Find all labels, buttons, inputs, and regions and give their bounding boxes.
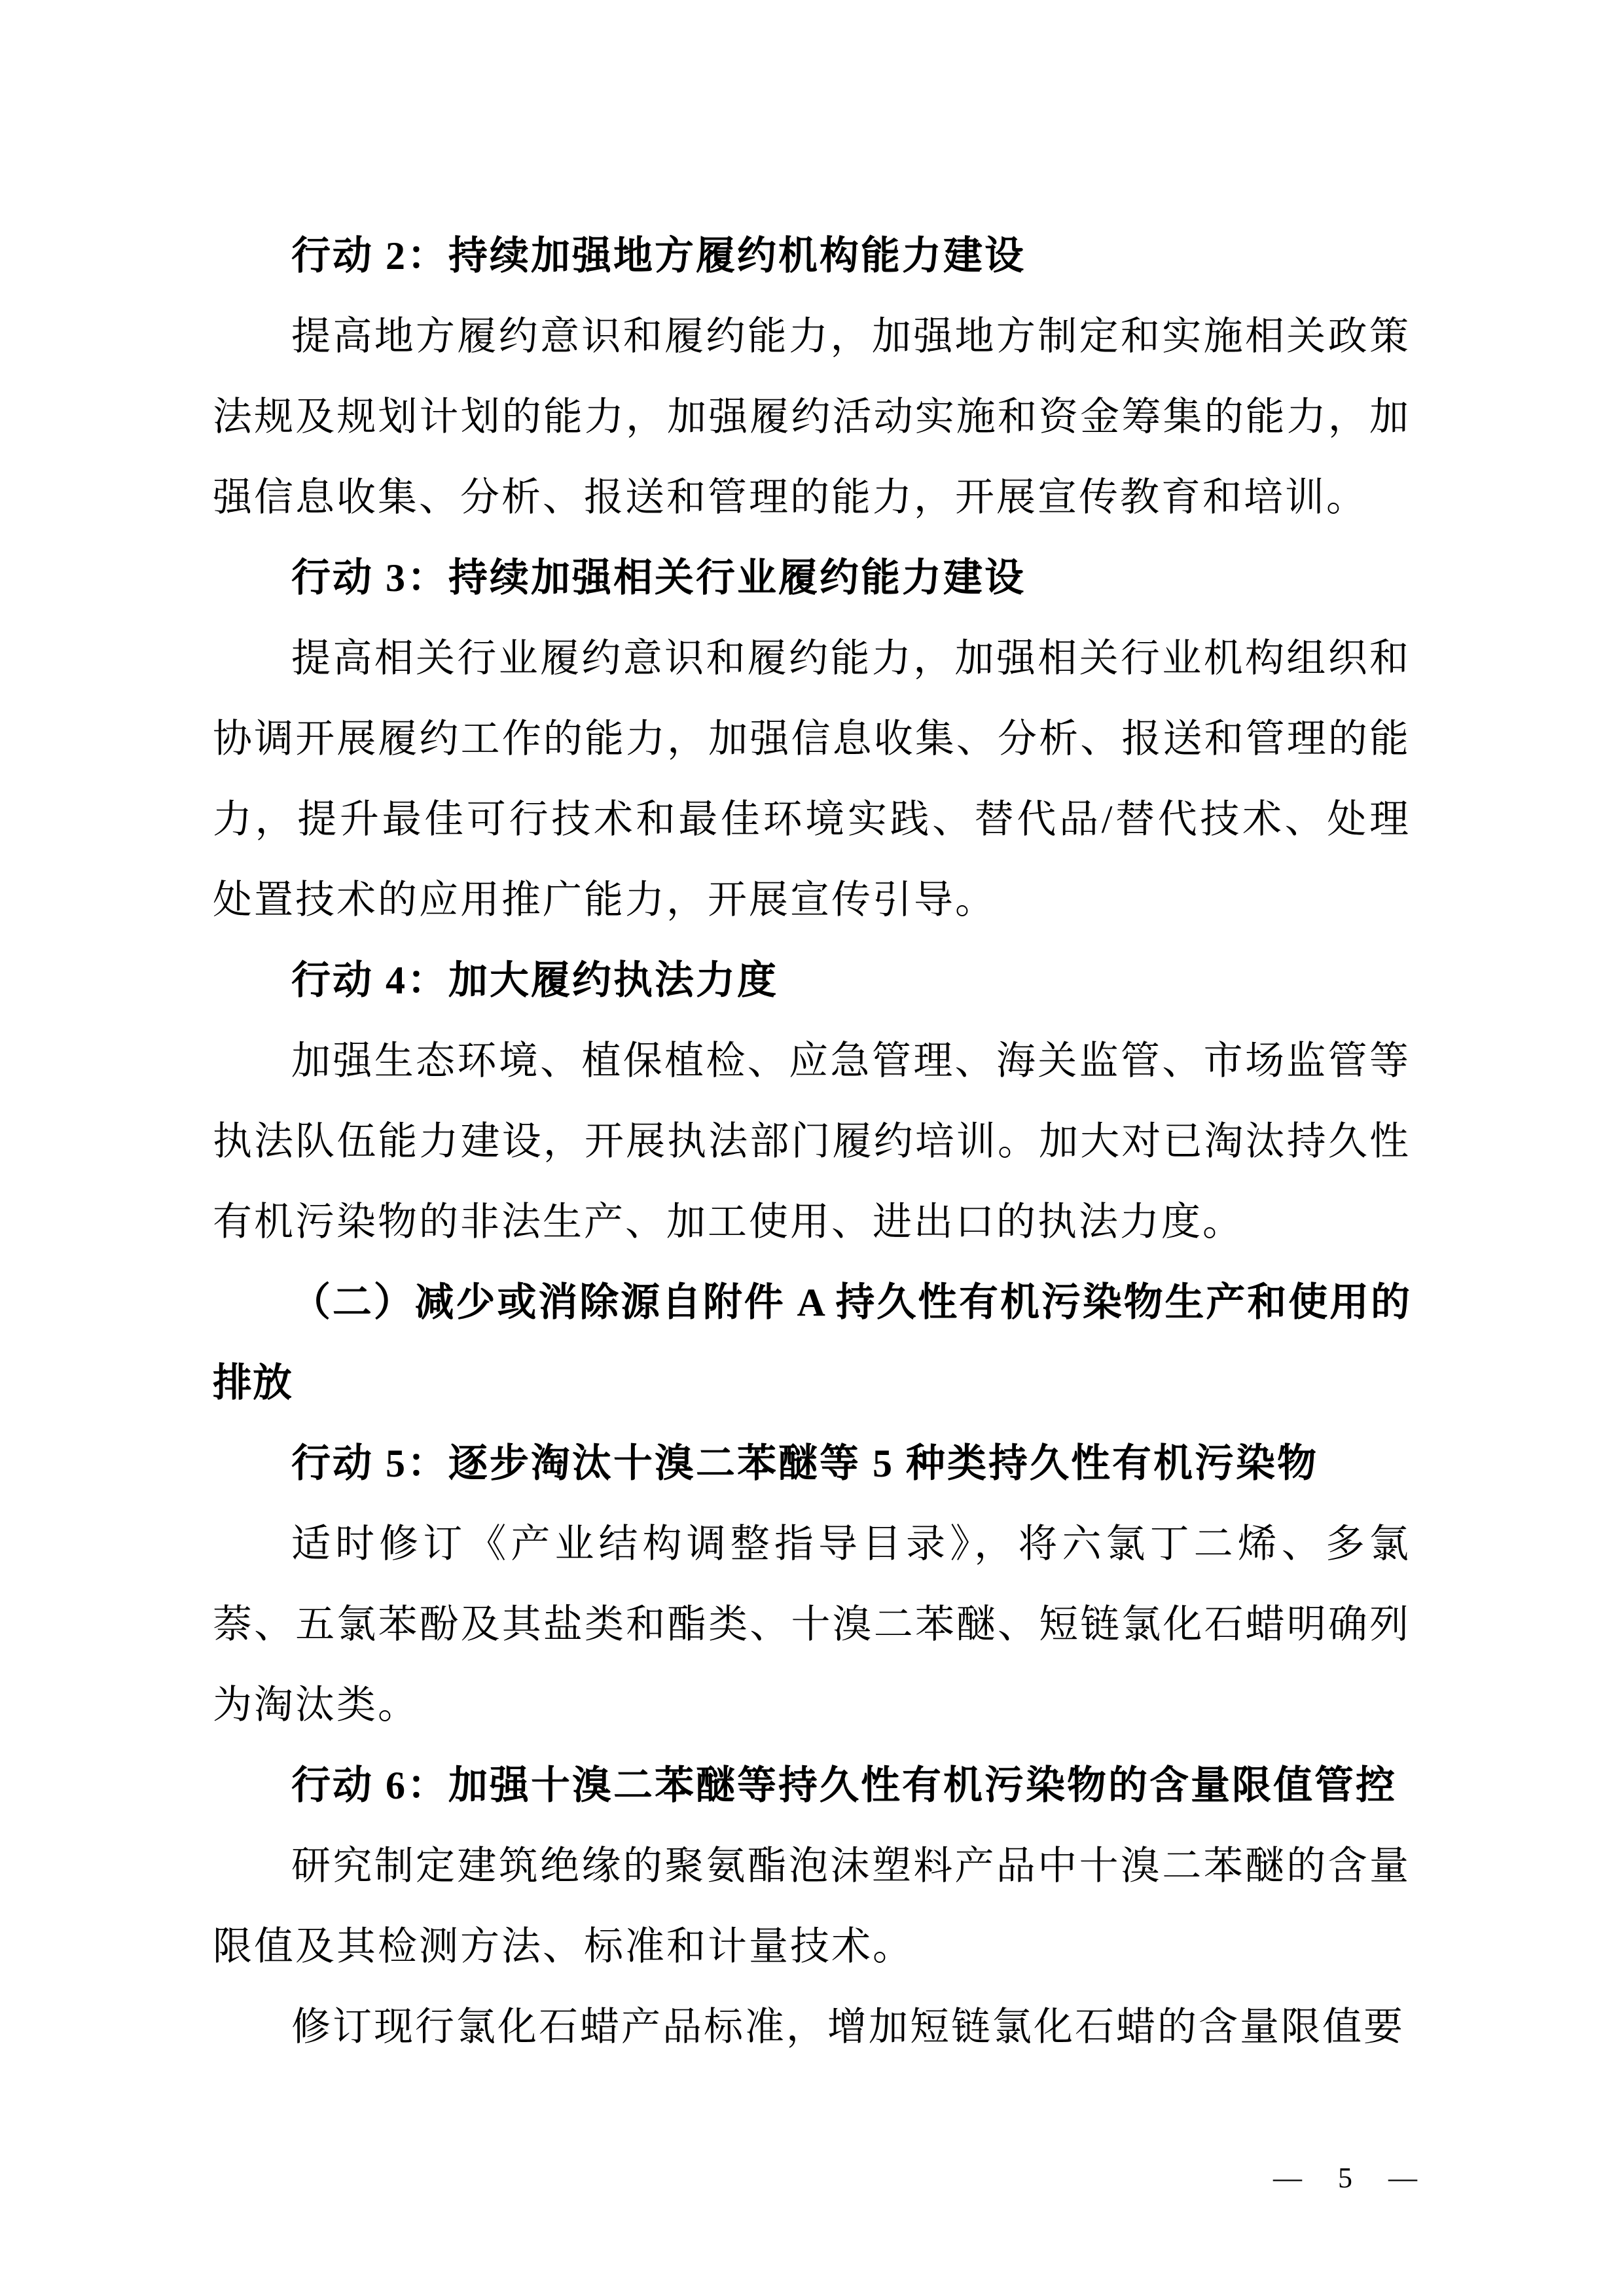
paragraph-action-2: 提高地方履约意识和履约能力，加强地方制定和实施相关政策法规及规划计划的能力，加强… bbox=[213, 296, 1411, 538]
action-heading-4: 行动 4：加大履约执法力度 bbox=[213, 941, 1411, 1021]
document-page: { "colors": { "text": "#000000", "backgr… bbox=[0, 0, 1624, 2296]
paragraph-action-6b: 修订现行氯化石蜡产品标准，增加短链氯化石蜡的含量限值要 bbox=[213, 1987, 1411, 2068]
document-body: 行动 2：持续加强地方履约机构能力建设 提高地方履约意识和履约能力，加强地方制定… bbox=[213, 216, 1411, 2068]
action-heading-2: 行动 2：持续加强地方履约机构能力建设 bbox=[213, 216, 1411, 296]
paragraph-action-3: 提高相关行业履约意识和履约能力，加强相关行业机构组织和协调开展履约工作的能力，加… bbox=[213, 619, 1411, 941]
paragraph-action-5: 适时修订《产业结构调整指导目录》，将六氯丁二烯、多氯萘、五氯苯酚及其盐类和酯类、… bbox=[213, 1504, 1411, 1746]
action-heading-3: 行动 3：持续加强相关行业履约能力建设 bbox=[213, 538, 1411, 619]
page-number: — 5 — bbox=[1273, 2159, 1420, 2198]
paragraph-action-6a: 研究制定建筑绝缘的聚氨酯泡沫塑料产品中十溴二苯醚的含量限值及其检测方法、标准和计… bbox=[213, 1826, 1411, 1987]
action-heading-5: 行动 5：逐步淘汰十溴二苯醚等 5 种类持久性有机污染物 bbox=[213, 1424, 1411, 1504]
action-heading-6: 行动 6：加强十溴二苯醚等持久性有机污染物的含量限值管控 bbox=[213, 1746, 1411, 1826]
document-sheet: 行动 2：持续加强地方履约机构能力建设 提高地方履约意识和履约能力，加强地方制定… bbox=[0, 0, 1624, 2296]
paragraph-action-4: 加强生态环境、植保植检、应急管理、海关监管、市场监管等执法队伍能力建设，开展执法… bbox=[213, 1021, 1411, 1263]
section-heading-2: （二）减少或消除源自附件 A 持久性有机污染物生产和使用的排放 bbox=[213, 1263, 1411, 1424]
